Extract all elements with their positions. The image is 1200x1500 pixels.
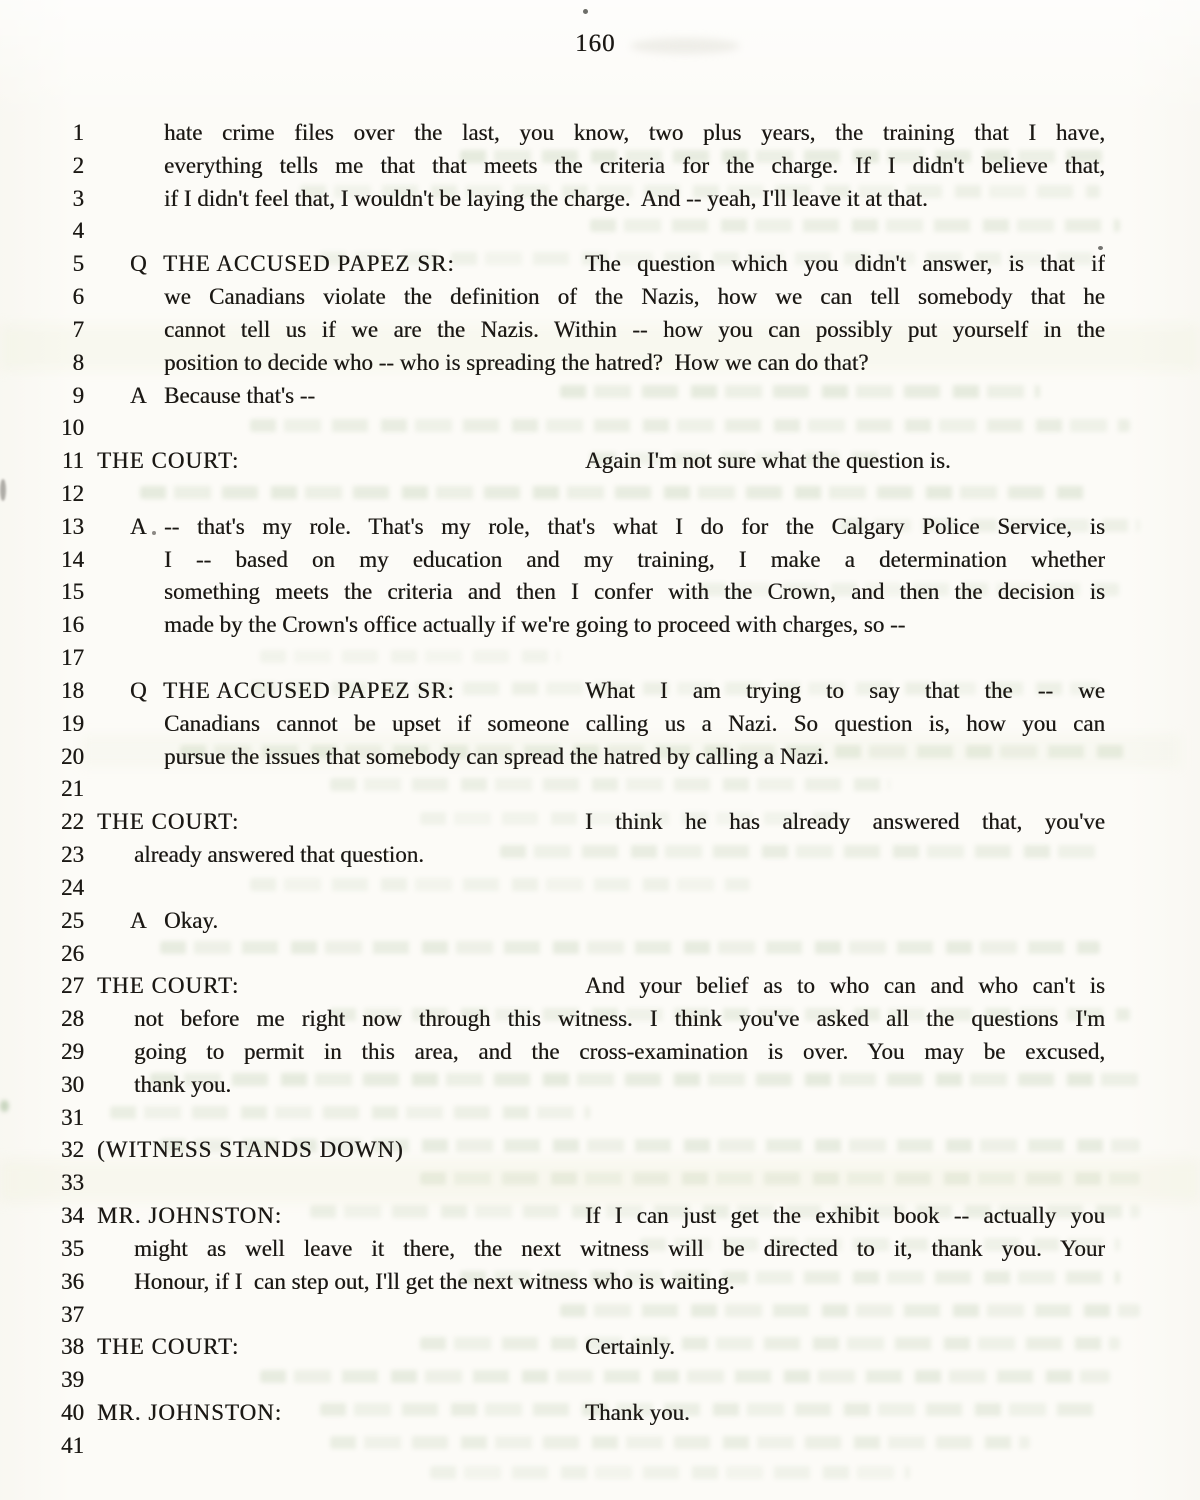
speaker-label: MR. JOHNSTON: [97,1200,282,1232]
transcript-line: 21 [0,773,1200,806]
line-number: 12 [0,478,84,511]
transcript-line: 1hate crime files over the last, you kno… [0,117,1200,150]
line-number: 5 [0,248,84,281]
scan-artifact-speck [630,38,740,54]
line-text: Canadians cannot be upset if someone cal… [164,708,1105,741]
speaker-label: THE COURT: [97,1331,239,1363]
transcript-line: 40MR. JOHNSTON:Thank you. [0,1397,1200,1430]
transcript-line: 26 [0,938,1200,971]
line-text: already answered that question. [134,839,1105,871]
line-text: Again I'm not sure what the question is. [585,445,1105,477]
line-number: 27 [0,970,84,1003]
line-number: 30 [0,1069,84,1102]
transcript-line: 24 [0,872,1200,905]
line-text: not before me right now through this wit… [134,1003,1105,1036]
stage-direction: (WITNESS STANDS DOWN) [97,1134,404,1166]
line-number: 29 [0,1036,84,1069]
line-text: something meets the criteria and then I … [164,576,1105,609]
line-number: 37 [0,1299,84,1332]
qa-marker: Q [130,675,147,707]
qa-marker: A [130,905,147,937]
line-text: going to permit in this area, and the cr… [134,1036,1105,1069]
transcript-line: 17 [0,642,1200,675]
transcript-line: 6we Canadians violate the definition of … [0,281,1200,314]
transcript-line: 27THE COURT:And your belief as to who ca… [0,970,1200,1003]
transcript-line: 35might as well leave it there, the next… [0,1233,1200,1266]
line-number: 21 [0,773,84,806]
line-number: 33 [0,1167,84,1200]
line-number: 6 [0,281,84,314]
speaker-label: THE COURT: [97,806,239,838]
line-text: And your belief as to who can and who ca… [585,970,1105,1003]
transcript-line: 15something meets the criteria and then … [0,576,1200,609]
line-number: 3 [0,183,84,216]
speaker-label: THE COURT: [97,970,239,1002]
line-text: Honour, if I can step out, I'll get the … [134,1266,1105,1298]
line-number: 35 [0,1233,84,1266]
line-number: 8 [0,347,84,380]
transcript-page: 160 1hate crime files over the last, you… [0,0,1200,1500]
line-text: might as well leave it there, the next w… [134,1233,1105,1266]
line-number: 1 [0,117,84,150]
transcript-line: 23already answered that question. [0,839,1200,872]
line-number: 36 [0,1266,84,1299]
transcript-line: 18QTHE ACCUSED PAPEZ SR:What I am trying… [0,675,1200,708]
speaker-label: THE COURT: [97,445,239,477]
transcript-line: 5QTHE ACCUSED PAPEZ SR:The question whic… [0,248,1200,281]
qa-marker: A [130,511,147,543]
line-number: 14 [0,544,84,577]
transcript-line: 25AOkay. [0,905,1200,938]
line-number: 41 [0,1430,84,1463]
line-text: hate crime files over the last, you know… [164,117,1105,150]
transcript-line: 7cannot tell us if we are the Nazis. Wit… [0,314,1200,347]
line-text: Because that's -- [164,380,1105,412]
line-text: position to decide who -- who is spreadi… [164,347,1105,379]
line-number: 34 [0,1200,84,1233]
line-number: 22 [0,806,84,839]
line-text: The question which you didn't answer, is… [585,248,1105,281]
line-number: 24 [0,872,84,905]
line-number: 39 [0,1364,84,1397]
page-number: 160 [575,30,616,58]
transcript-line: 3if I didn't feel that, I wouldn't be la… [0,183,1200,216]
line-number: 28 [0,1003,84,1036]
transcript-line: 36Honour, if I can step out, I'll get th… [0,1266,1200,1299]
line-text: made by the Crown's office actually if w… [164,609,1105,641]
line-number: 23 [0,839,84,872]
line-text: we Canadians violate the definition of t… [164,281,1105,314]
line-number: 40 [0,1397,84,1430]
line-text: pursue the issues that somebody can spre… [164,741,1105,773]
qa-marker: A [130,380,147,412]
transcript-line: 38THE COURT:Certainly. [0,1331,1200,1364]
transcript-line: 29going to permit in this area, and the … [0,1036,1200,1069]
line-number: 13 [0,511,84,544]
transcript-line: 39 [0,1364,1200,1397]
transcript-line: 33 [0,1167,1200,1200]
transcript-line: 19Canadians cannot be upset if someone c… [0,708,1200,741]
transcript-line: 34MR. JOHNSTON:If I can just get the exh… [0,1200,1200,1233]
transcript-line: 41 [0,1430,1200,1463]
scan-artifact-speck [583,9,588,14]
line-number: 2 [0,150,84,183]
speaker-label: THE ACCUSED PAPEZ SR: [163,248,455,280]
transcript-line: 12 [0,478,1200,511]
qa-marker: Q [130,248,147,280]
line-text: if I didn't feel that, I wouldn't be lay… [164,183,1105,215]
line-number: 38 [0,1331,84,1364]
line-text: everything tells me that that meets the … [164,150,1105,183]
line-number: 16 [0,609,84,642]
line-number: 4 [0,215,84,248]
transcript-line: 9ABecause that's -- [0,380,1200,413]
ink-bleed-ghost-line [430,1466,910,1479]
line-number: 18 [0,675,84,708]
transcript-line: 4 [0,215,1200,248]
transcript-line: 32(WITNESS STANDS DOWN) [0,1134,1200,1167]
transcript-line: 16made by the Crown's office actually if… [0,609,1200,642]
line-number: 25 [0,905,84,938]
transcript-line: 22THE COURT:I think he has already answe… [0,806,1200,839]
line-number: 11 [0,445,84,478]
transcript-line: 13A-- that's my role. That's my role, th… [0,511,1200,544]
line-text: -- that's my role. That's my role, that'… [164,511,1105,544]
transcript-line: 8position to decide who -- who is spread… [0,347,1200,380]
transcript-line: 14I -- based on my education and my trai… [0,544,1200,577]
line-number: 20 [0,741,84,774]
transcript-line: 31 [0,1102,1200,1135]
line-text: I -- based on my education and my traini… [164,544,1105,577]
line-text: cannot tell us if we are the Nazis. With… [164,314,1105,347]
transcript-line: 10 [0,412,1200,445]
line-number: 7 [0,314,84,347]
line-text: What I am trying to say that the -- we [585,675,1105,708]
line-text: If I can just get the exhibit book -- ac… [585,1200,1105,1233]
line-text: I think he has already answered that, yo… [585,806,1105,839]
line-text: Thank you. [585,1397,1105,1429]
transcript-line: 20pursue the issues that somebody can sp… [0,741,1200,774]
line-number: 10 [0,412,84,445]
line-number: 17 [0,642,84,675]
line-number: 19 [0,708,84,741]
line-number: 15 [0,576,84,609]
line-number: 31 [0,1102,84,1135]
line-number: 9 [0,380,84,413]
transcript-line: 2everything tells me that that meets the… [0,150,1200,183]
line-number: 26 [0,938,84,971]
line-text: thank you. [134,1069,1105,1101]
transcript-line: 37 [0,1299,1200,1332]
line-text: Okay. [164,905,1105,937]
transcript-line: 11THE COURT:Again I'm not sure what the … [0,445,1200,478]
line-text: Certainly. [585,1331,1105,1363]
speaker-label: THE ACCUSED PAPEZ SR: [163,675,455,707]
speaker-label: MR. JOHNSTON: [97,1397,282,1429]
line-number: 32 [0,1134,84,1167]
transcript-line: 30thank you. [0,1069,1200,1102]
transcript-line: 28not before me right now through this w… [0,1003,1200,1036]
